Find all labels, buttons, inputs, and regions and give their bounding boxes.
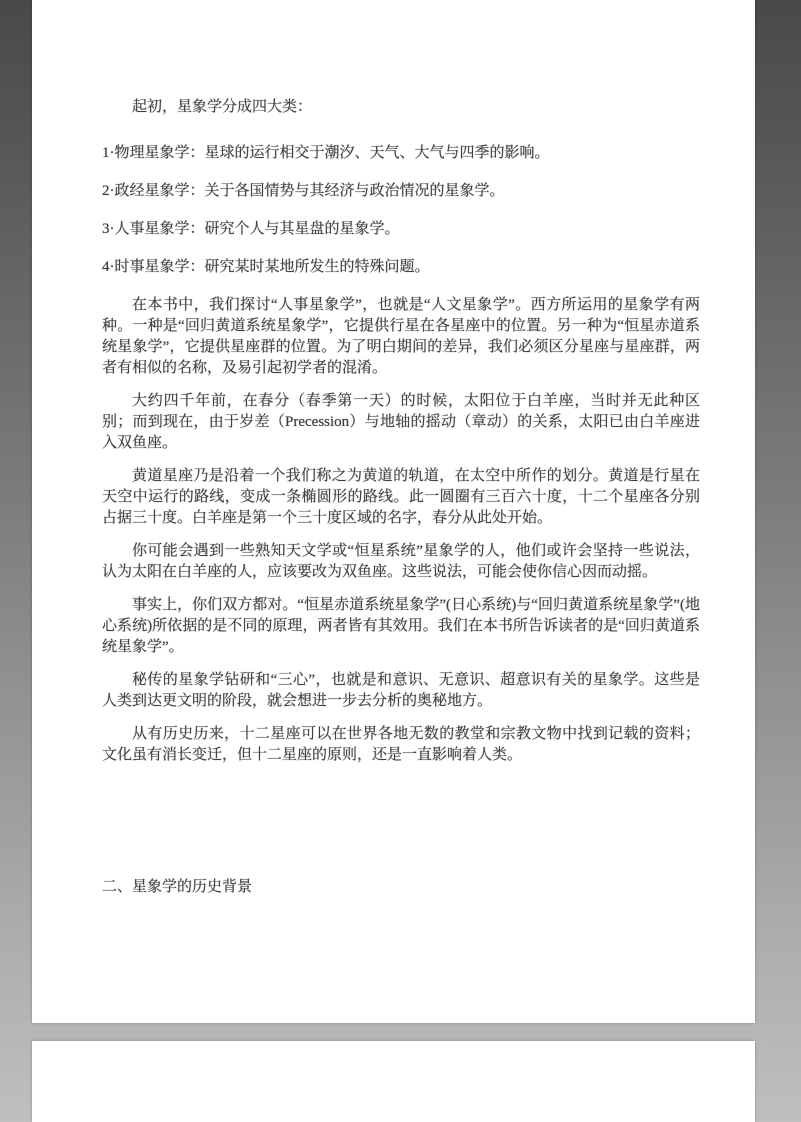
list-item-personal-astrology: 3·人事星象学：研究个人与其星盘的星象学。 — [102, 219, 700, 240]
list-item-horary-astrology: 4·时事星象学：研究某时某地所发生的特殊问题。 — [102, 257, 700, 278]
paragraph-sidereal-claims: 你可能会遇到一些熟知天文学或“恒星系统”星象学的人，他们或许会坚持一些说法，认为… — [102, 541, 700, 583]
page-gap — [0, 1023, 801, 1041]
paragraph-esoteric-astrology: 秘传的星象学钻研和“三心”，也就是和意识、无意识、超意识有关的星象学。这些是人类… — [102, 670, 700, 712]
intro-line: 起初，星象学分成四大类： — [102, 97, 700, 118]
list-item-political-astrology: 2·政经星象学：关于各国情势与其经济与政治情况的星象学。 — [102, 181, 700, 202]
paragraph-history-influence: 从有历史历来，十二星座可以在世界各地无数的教堂和宗教文物中找到记载的资料；文化虽… — [102, 724, 700, 766]
paragraph-zodiac-ecliptic: 黄道星座乃是沿着一个我们称之为黄道的轨道，在太空中所作的划分。黄道是行星在天空中… — [102, 466, 700, 529]
next-book-page — [32, 1041, 755, 1122]
section-heading-history: 二、星象学的历史背景 — [102, 877, 700, 898]
reader-background: 起初，星象学分成四大类： 1·物理星象学：星球的运行相交于潮汐、天气、大气与四季… — [0, 0, 801, 1122]
paragraph-book-scope: 在本书中，我们探讨“人事星象学”，也就是“人文星象学”。西方所运用的星象学有两种… — [102, 295, 700, 379]
paragraph-precession: 大约四千年前，在春分（春季第一天）的时候，太阳位于白羊座，当时并无此种区别；而到… — [102, 391, 700, 454]
paragraph-both-systems-valid: 事实上，你们双方都对。“恒星赤道系统星象学”(日心系统)与“回归黄道系统星象学”… — [102, 595, 700, 658]
book-page: 起初，星象学分成四大类： 1·物理星象学：星球的运行相交于潮汐、天气、大气与四季… — [32, 0, 755, 1023]
list-item-physical-astrology: 1·物理星象学：星球的运行相交于潮汐、天气、大气与四季的影响。 — [102, 143, 700, 164]
